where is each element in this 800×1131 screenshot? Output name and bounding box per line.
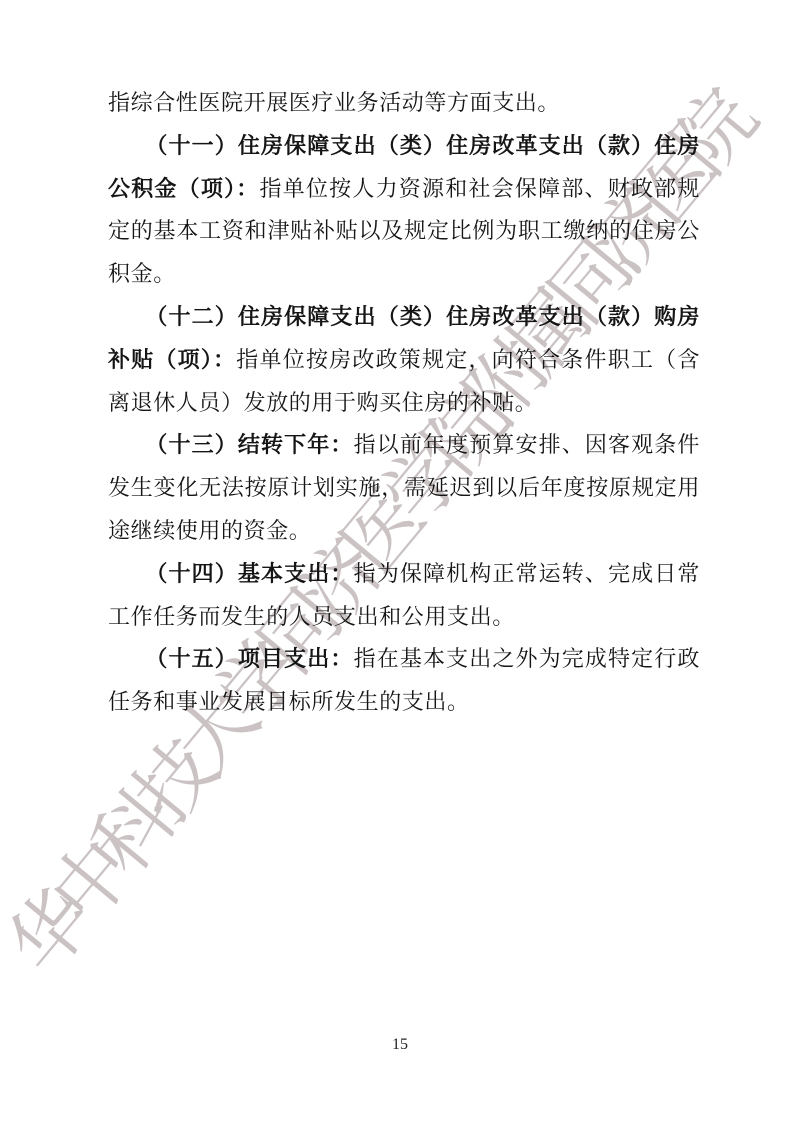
paragraph: 指综合性医院开展医疗业务活动等方面支出。: [108, 82, 700, 125]
paragraph: （十二）住房保障支出（类）住房改革支出（款）购房补贴（项）：指单位按房改政策规定…: [108, 296, 700, 424]
paragraph: （十四）基本支出：指为保障机构正常运转、完成日常工作任务而发生的人员支出和公用支…: [108, 553, 700, 639]
page-number: 15: [0, 1036, 800, 1054]
document-body: 指综合性医院开展医疗业务活动等方面支出。 （十一）住房保障支出（类）住房改革支出…: [108, 82, 700, 724]
paragraph-label: （十四）基本支出：: [145, 561, 353, 586]
paragraph-label: （十三）结转下年：: [145, 432, 353, 457]
paragraph: （十五）项目支出：指在基本支出之外为完成特定行政任务和事业发展目标所发生的支出。: [108, 638, 700, 724]
paragraph: （十三）结转下年：指以前年度预算安排、因客观条件发生变化无法按原计划实施，需延迟…: [108, 424, 700, 552]
paragraph-label: （十五）项目支出：: [145, 646, 353, 671]
paragraph-body: 指综合性医院开展医疗业务活动等方面支出。: [108, 90, 560, 115]
document-page: 华中科技大学同济医学院附属同济医院 指综合性医院开展医疗业务活动等方面支出。 （…: [0, 0, 800, 1131]
paragraph: （十一）住房保障支出（类）住房改革支出（款）住房公积金（项）：指单位按人力资源和…: [108, 125, 700, 296]
